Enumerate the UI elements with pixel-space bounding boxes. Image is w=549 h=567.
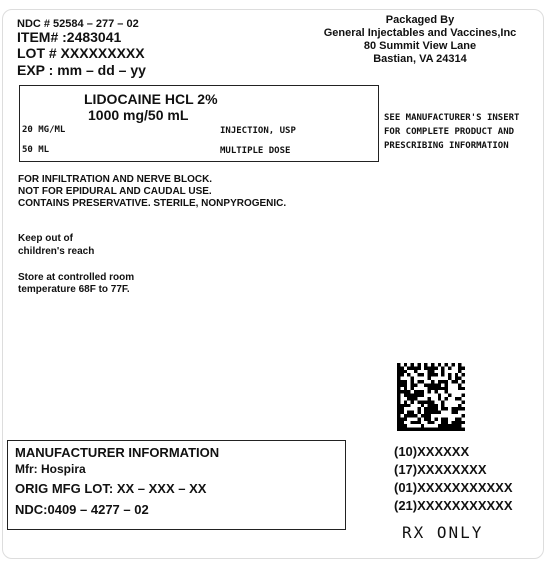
barcode-codes: (10)XXXXXX (17)XXXXXXXX (01)XXXXXXXXXXX … (394, 443, 513, 515)
lot-number: LOT # XXXXXXXXX (17, 45, 145, 61)
product-box: LIDOCAINE HCL 2% 1000 mg/50 mL 20 MG/ML … (19, 85, 379, 162)
warnings: FOR INFILTRATION AND NERVE BLOCK. NOT FO… (18, 174, 286, 210)
storage-notice: Store at controlled room temperature 68F… (18, 272, 134, 296)
packager-city: Bastian, VA 24314 (310, 53, 530, 66)
keep-out-line: Keep out of (18, 232, 94, 245)
code-line: (21)XXXXXXXXXXX (394, 497, 513, 515)
item-number: ITEM# :2483041 (17, 29, 121, 45)
packager-info: Packaged By General Injectables and Vacc… (310, 14, 530, 66)
datamatrix-barcode (397, 363, 465, 431)
product-name: LIDOCAINE HCL 2% (84, 91, 218, 107)
warning-line: CONTAINS PRESERVATIVE. STERILE, NONPYROG… (18, 198, 286, 210)
insert-note-line: FOR COMPLETE PRODUCT AND (384, 125, 519, 139)
warning-line: FOR INFILTRATION AND NERVE BLOCK. (18, 174, 286, 186)
insert-note-line: PRESCRIBING INFORMATION (384, 139, 519, 153)
original-lot: ORIG MFG LOT: XX – XXX – XX (15, 481, 206, 496)
packager-heading: Packaged By (310, 14, 530, 27)
storage-line: Store at controlled room (18, 272, 134, 284)
keep-out-line: children's reach (18, 245, 94, 258)
insert-note: SEE MANUFACTURER'S INSERT FOR COMPLETE P… (384, 111, 519, 153)
product-volume: 50 ML (22, 145, 49, 155)
product-dose: MULTIPLE DOSE (220, 146, 290, 156)
code-line: (10)XXXXXX (394, 443, 513, 461)
product-strength: 1000 mg/50 mL (88, 107, 188, 123)
code-line: (01)XXXXXXXXXXX (394, 479, 513, 497)
code-line: (17)XXXXXXXX (394, 461, 513, 479)
manufacturer-name: Mfr: Hospira (15, 462, 86, 476)
expiration-date: EXP : mm – dd – yy (17, 62, 146, 78)
product-form: INJECTION, USP (220, 126, 296, 136)
manufacturer-title: MANUFACTURER INFORMATION (15, 445, 219, 460)
keep-out-notice: Keep out of children's reach (18, 232, 94, 258)
product-concentration: 20 MG/ML (22, 125, 65, 135)
insert-note-line: SEE MANUFACTURER'S INSERT (384, 111, 519, 125)
manufacturer-ndc: NDC:0409 – 4277 – 02 (15, 502, 149, 517)
packager-street: 80 Summit View Lane (310, 40, 530, 53)
warning-line: NOT FOR EPIDURAL AND CAUDAL USE. (18, 186, 286, 198)
packager-name: General Injectables and Vaccines,Inc (310, 27, 530, 40)
manufacturer-box: MANUFACTURER INFORMATION Mfr: Hospira OR… (7, 440, 346, 530)
rx-only: RX ONLY (402, 523, 483, 542)
storage-line: temperature 68F to 77F. (18, 284, 134, 296)
